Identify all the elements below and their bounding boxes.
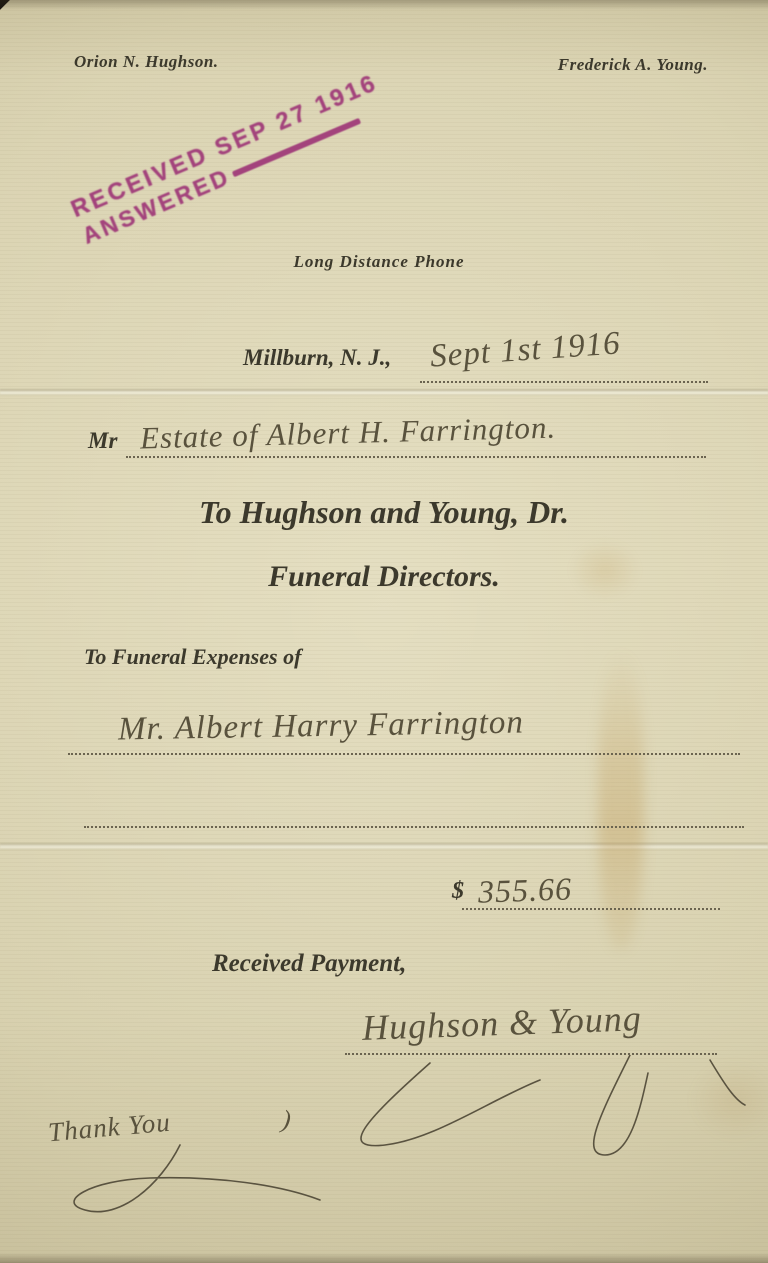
handwritten-date: Sept 1st 1916 xyxy=(429,325,622,375)
handwritten-thank-you: Thank You xyxy=(47,1107,172,1149)
receipt-document: Orion N. Hughson. Frederick A. Young. RE… xyxy=(0,0,768,1263)
bill-to-rule xyxy=(126,456,706,458)
funeral-expenses-label: To Funeral Expenses of xyxy=(84,644,301,670)
handwritten-signature: Hughson & Young xyxy=(361,997,642,1049)
paper-stain-streak xyxy=(598,650,644,950)
paper-edge-shadow-bottom xyxy=(0,1253,768,1263)
letterhead-name-left: Orion N. Hughson. xyxy=(74,52,219,72)
paper-stain-spot xyxy=(690,1060,768,1140)
scan-corner xyxy=(0,0,10,10)
paper-edge-shadow-top xyxy=(0,0,768,10)
currency-symbol: $ xyxy=(452,878,464,905)
handwritten-amount: 355.66 xyxy=(477,870,572,910)
deceased-name-rule xyxy=(68,753,740,755)
received-payment-label: Received Payment, xyxy=(212,950,406,978)
fold-crease-upper xyxy=(0,389,768,396)
handwritten-estate-name: Estate of Albert H. Farrington. xyxy=(140,410,557,457)
handwritten-deceased-name: Mr. Albert Harry Farrington xyxy=(118,704,524,748)
long-distance-phone-label: Long Distance Phone xyxy=(0,252,768,272)
business-title: Funeral Directors. xyxy=(0,560,768,594)
firm-title: To Hughson and Young, Dr. xyxy=(0,494,768,531)
thank-you-pen-mark: ) xyxy=(280,1104,294,1135)
signature-rule xyxy=(345,1053,717,1055)
bill-to-prefix: Mr xyxy=(88,428,117,454)
stamp-received-date: RECEIVED SEP 27 1916 xyxy=(67,69,382,224)
signature-flourish xyxy=(330,1055,750,1185)
place-printed: Millburn, N. J., xyxy=(243,345,391,371)
letterhead-name-right: Frederick A. Young. xyxy=(558,55,708,75)
received-answered-stamp: RECEIVED SEP 27 1916 ANSWERED xyxy=(67,69,393,250)
blank-rule xyxy=(84,826,744,828)
date-rule xyxy=(420,381,708,383)
thank-you-flourish xyxy=(30,1140,330,1230)
fold-crease-lower xyxy=(0,843,768,850)
